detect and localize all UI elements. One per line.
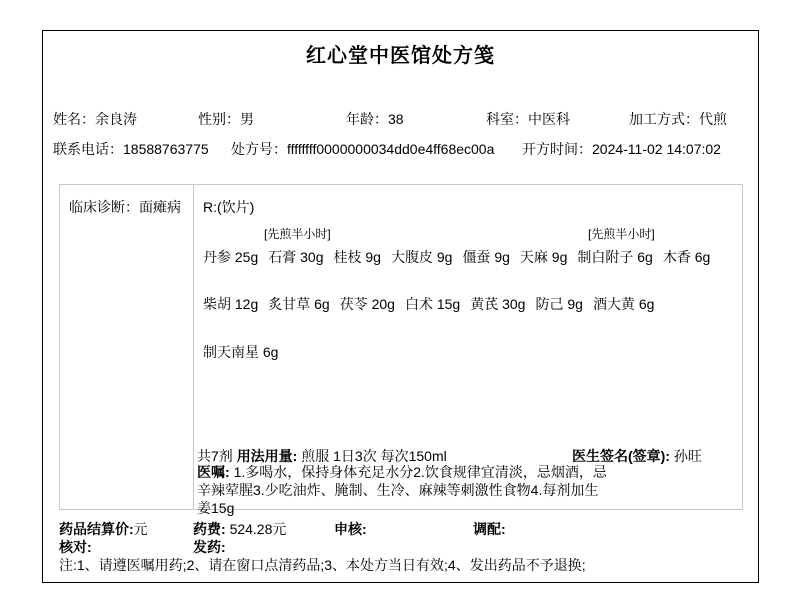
herb-item: 天麻 9g [520, 249, 567, 265]
decoct-note-2: [先煎半小时] [588, 225, 655, 242]
herb-item: 丹参 25g [203, 249, 258, 265]
patient-dept-value: 中医科 [528, 111, 570, 127]
page-title: 红心堂中医馆处方笺 [43, 39, 758, 68]
rx-cell: R:(饮片) [先煎半小时] [先煎半小时] 丹参 25g石膏 30g桂枝 9g… [195, 185, 742, 509]
drug-fee-label: 药费: [193, 521, 226, 537]
footer-note: 注:1、请遵医嘱用药;2、请在窗口点清药品;3、本处方当日有效;4、发出药品不予… [59, 555, 586, 575]
herb-item: 防己 9g [535, 296, 582, 312]
herb-item: 制天南星 6g [203, 344, 278, 360]
diagnosis-value: 面瘫病 [139, 199, 181, 215]
advice-text-1: 1.多喝水，保持身体充足水分2.饮食规律宜清淡，忌烟酒，忌 [234, 464, 607, 480]
patient-name-label: 姓名： [53, 111, 95, 127]
usage-label: 用法用量: [237, 448, 298, 464]
doctor-advice: 医嘱: 1.多喝水，保持身体充足水分2.饮食规律宜清淡，忌烟酒，忌 辛辣荤腥3.… [197, 463, 607, 517]
advice-line-2: 辛辣荤腥3.少吃油炸、腌制、生冷、麻辣等刺激性食物4.每剂加生 [197, 481, 607, 499]
prescription-page: 红心堂中医馆处方笺 姓名：余良涛 性别：男 年龄：38 科室：中医科 加工方式：… [0, 0, 800, 600]
patient-gender: 性别：男 [198, 109, 254, 129]
patient-name: 姓名：余良涛 [53, 109, 137, 129]
check-field: 核对: [59, 537, 92, 557]
doctor-signature-name: 孙旺 [674, 448, 702, 464]
advice-line-1: 医嘱: 1.多喝水，保持身体充足水分2.饮食规律宜清淡，忌烟酒，忌 [197, 463, 607, 481]
herb-item: 桂枝 9g [334, 249, 381, 265]
diagnosis-label: 临床诊断： [69, 199, 139, 215]
herb-item: 木香 6g [663, 249, 710, 265]
herb-item: 石膏 30g [268, 249, 323, 265]
prescription-form: 红心堂中医馆处方笺 姓名：余良涛 性别：男 年龄：38 科室：中医科 加工方式：… [42, 30, 759, 583]
doctor-signature-label: 医生签名(签章): [572, 448, 670, 464]
rx-time: 开方时间：2024-11-02 14:07:02 [522, 139, 721, 159]
decoct-note-1: [先煎半小时] [264, 225, 331, 242]
patient-age: 年龄：38 [346, 109, 404, 129]
drug-fee-value: 524.28元 [230, 521, 287, 537]
herb-item: 黄芪 30g [470, 296, 525, 312]
herb-item: 大腹皮 9g [391, 249, 452, 265]
herb-row-2: 柴胡 12g炙甘草 6g茯苓 20g白术 15g黄芪 30g防己 9g酒大黄 6… [203, 294, 664, 314]
patient-age-value: 38 [388, 111, 404, 127]
herb-item: 制白附子 6g [577, 249, 652, 265]
dose-count: 共7剂 [197, 448, 233, 464]
herb-item: 柴胡 12g [203, 296, 258, 312]
patient-phone-label: 联系电话： [53, 141, 123, 157]
patient-dept: 科室：中医科 [486, 109, 570, 129]
settle-price-label: 药品结算价: [59, 521, 134, 537]
drug-fee: 药费: 524.28元 [193, 519, 286, 539]
patient-name-value: 余良涛 [95, 111, 137, 127]
herb-item: 酒大黄 6g [593, 296, 654, 312]
herb-row-3: 制天南星 6g [203, 342, 288, 362]
patient-process: 加工方式：代煎 [629, 109, 727, 129]
patient-process-value: 代煎 [699, 111, 727, 127]
review-field: 申核: [334, 519, 367, 539]
diagnosis-text: 临床诊断：面瘫病 [69, 197, 181, 217]
rx-number-value: ffffffff0000000034dd0e4ff68ec00a [287, 141, 494, 157]
patient-phone: 联系电话：18588763775 [53, 139, 209, 159]
herb-item: 茯苓 20g [340, 296, 395, 312]
rx-header: R:(饮片) [203, 197, 254, 217]
rx-number-label: 处方号： [231, 141, 287, 157]
patient-gender-label: 性别： [198, 111, 240, 127]
rx-time-value: 2024-11-02 14:07:02 [592, 141, 721, 157]
herb-item: 炙甘草 6g [268, 296, 329, 312]
patient-gender-value: 男 [240, 111, 254, 127]
patient-age-label: 年龄： [346, 111, 388, 127]
usage-value: 煎服 1日3次 每次150ml [301, 448, 446, 464]
advice-line-3: 姜15g [197, 499, 607, 517]
rx-time-label: 开方时间： [522, 141, 592, 157]
herb-item: 僵蚕 9g [462, 249, 509, 265]
herb-item: 白术 15g [405, 296, 460, 312]
patient-process-label: 加工方式： [629, 111, 699, 127]
patient-phone-value: 18588763775 [123, 141, 209, 157]
patient-dept-label: 科室： [486, 111, 528, 127]
issue-field: 发药: [193, 537, 226, 557]
prescription-body: 临床诊断：面瘫病 R:(饮片) [先煎半小时] [先煎半小时] 丹参 25g石膏… [59, 184, 743, 510]
advice-label: 医嘱: [197, 464, 230, 480]
settle-price-value: 元 [134, 521, 148, 537]
herb-row-1: 丹参 25g石膏 30g桂枝 9g大腹皮 9g僵蚕 9g天麻 9g制白附子 6g… [203, 247, 720, 267]
settle-price: 药品结算价:元 [59, 519, 148, 539]
blend-field: 调配: [473, 519, 506, 539]
rx-number: 处方号：ffffffff0000000034dd0e4ff68ec00a [231, 139, 494, 159]
diagnosis-cell: 临床诊断：面瘫病 [60, 185, 194, 509]
